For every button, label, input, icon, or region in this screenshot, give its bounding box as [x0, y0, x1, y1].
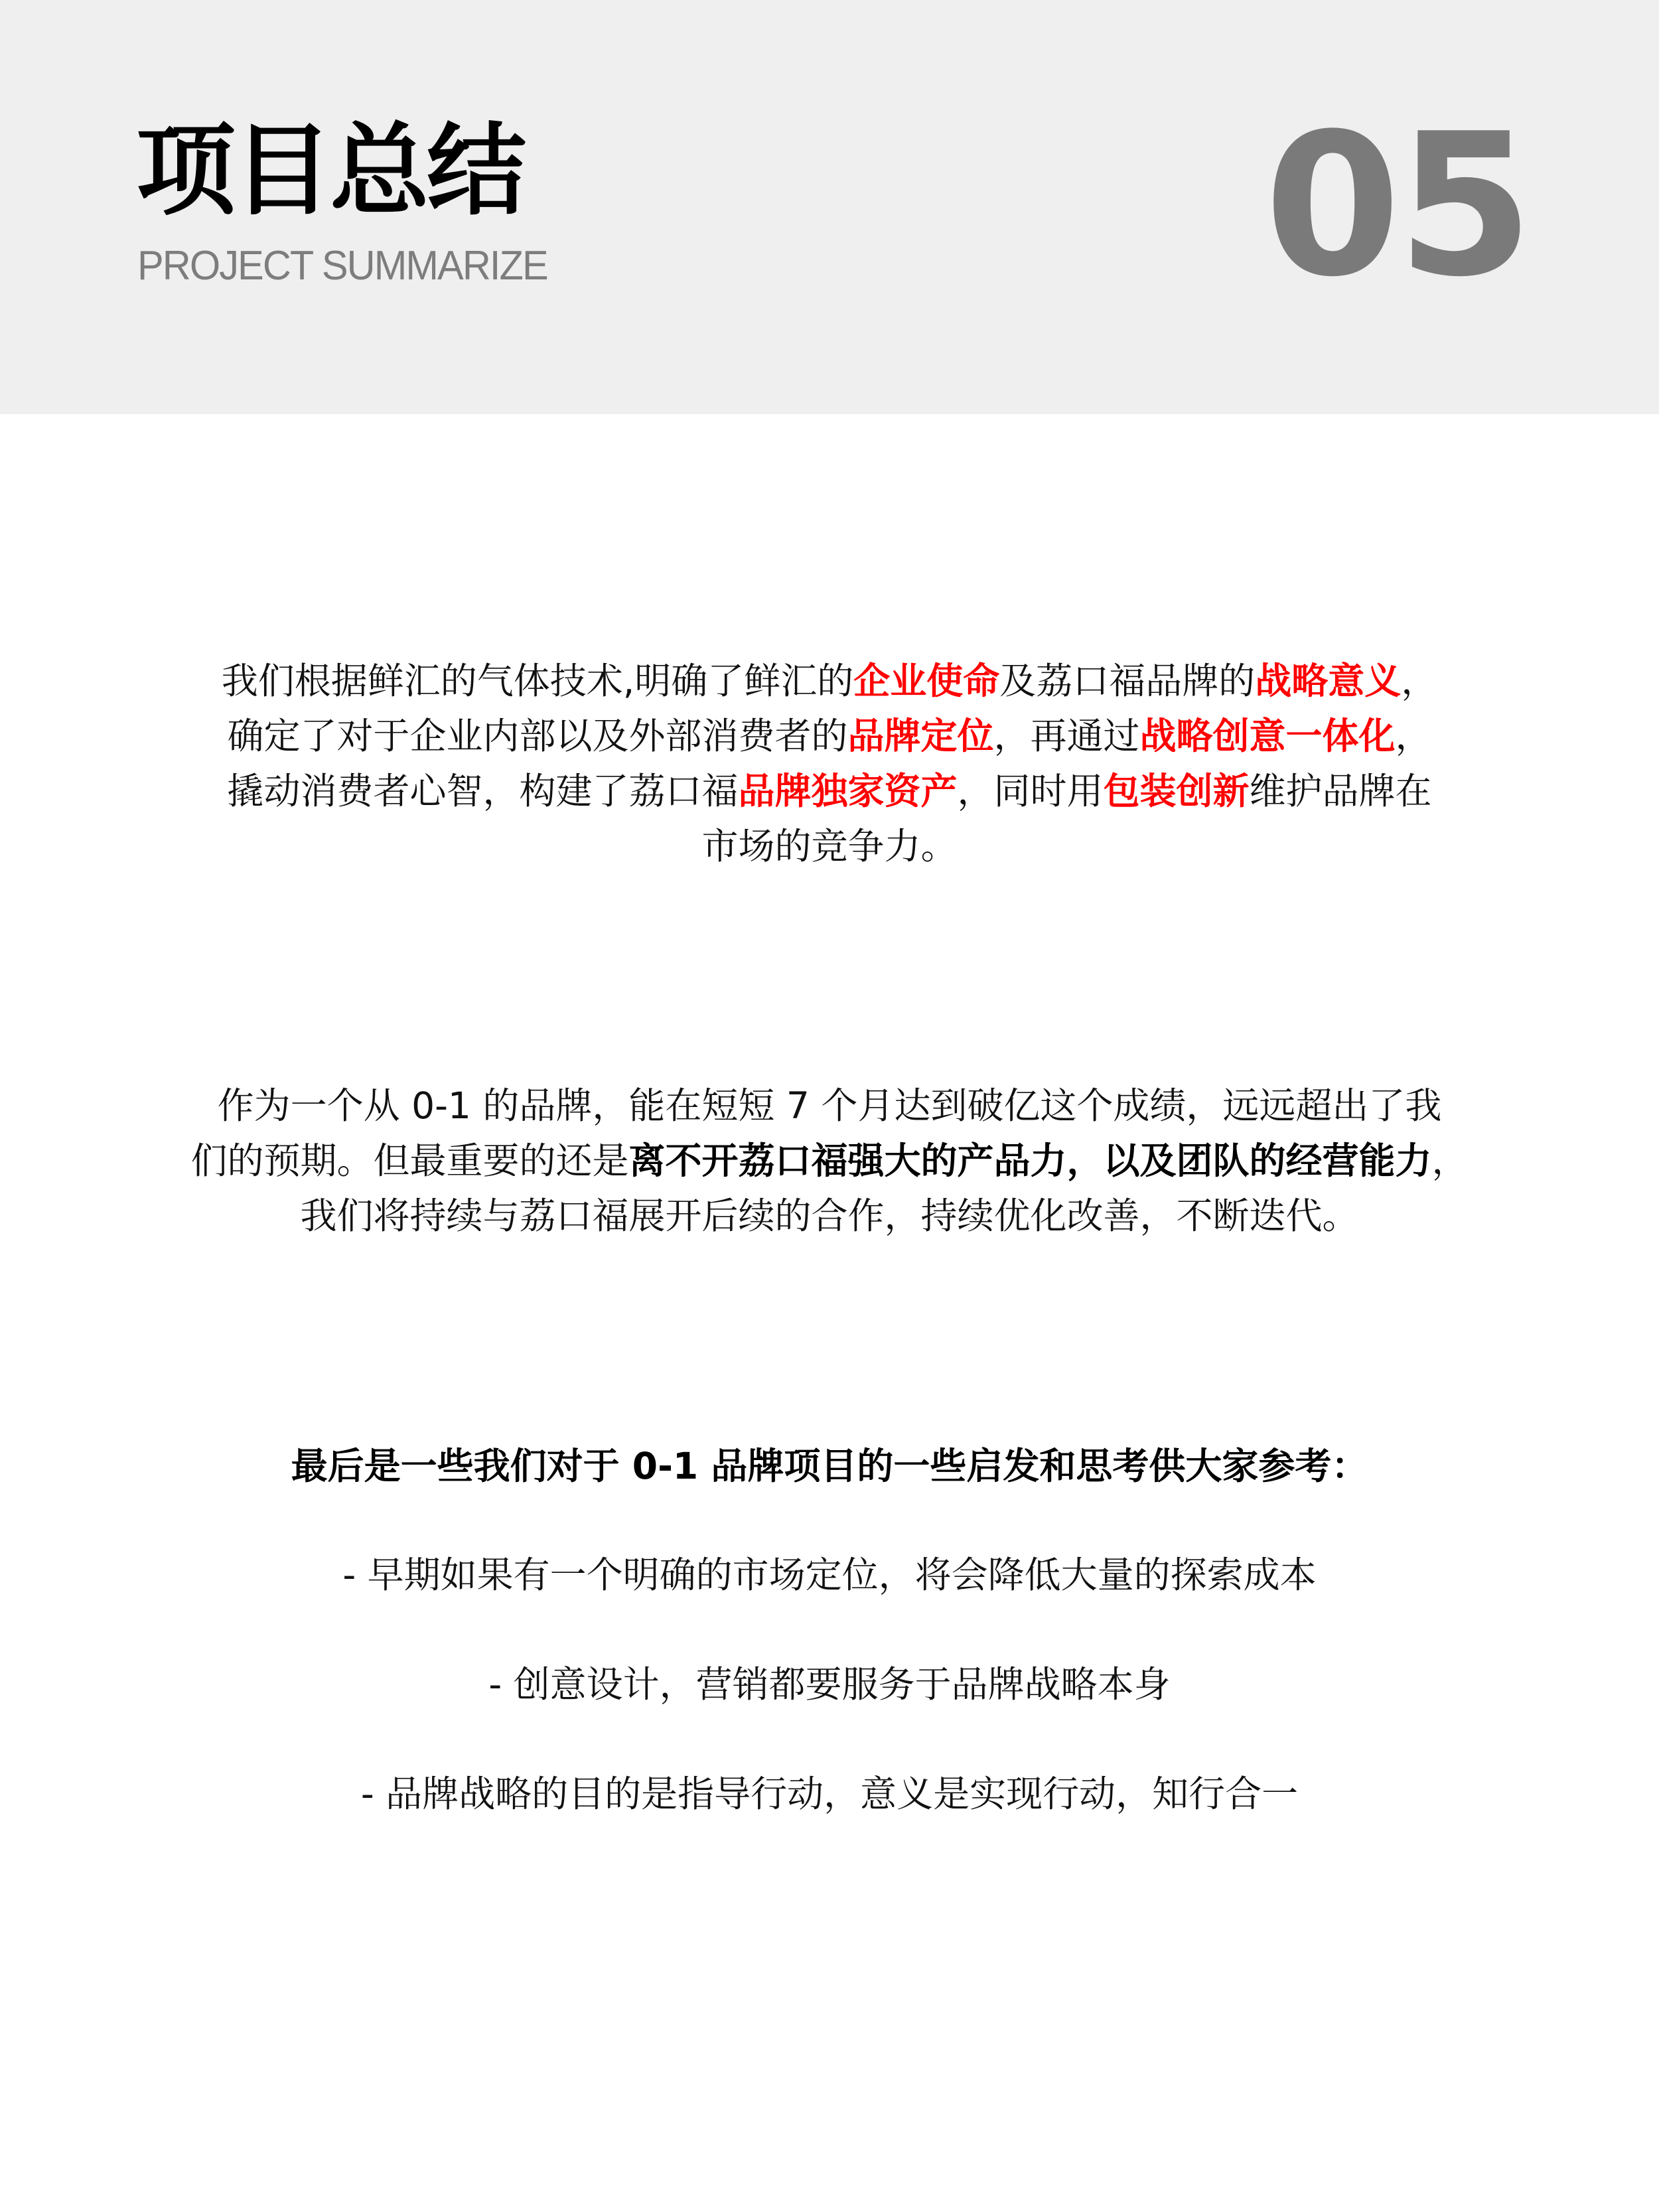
summary-paragraph-2: 作为一个从 0-1 的品牌，能在短短 7 个月达到破亿这个成绩，远远超出了我 们… — [159, 1078, 1500, 1244]
highlight-corporate-mission: 企业使命 — [853, 660, 999, 702]
text-run: ， — [1396, 715, 1432, 757]
header-banner: 项目总结 PROJECT SUMMARIZE 05 — [0, 0, 1659, 414]
text-run: 作为一个从 0-1 的品牌，能在短短 7 个月达到破亿这个成绩，远远超出了我 — [218, 1084, 1442, 1127]
paragraph-line: 作为一个从 0-1 的品牌，能在短短 7 个月达到破亿这个成绩，远远超出了我 — [159, 1078, 1500, 1134]
insight-item: - 品牌战略的目的是指导行动，意义是实现行动，知行合一 — [159, 1767, 1500, 1822]
paragraph-line: 我们将持续与荔口福展开后续的合作，持续优化改善，不断迭代。 — [159, 1189, 1500, 1244]
insight-item: - 早期如果有一个明确的市场定位，将会降低大量的探索成本 — [159, 1548, 1500, 1603]
page-subtitle: PROJECT SUMMARIZE — [137, 243, 547, 289]
insights-heading: 最后是一些我们对于 0-1 品牌项目的一些启发和思考供大家参考： — [159, 1439, 1500, 1494]
insight-item: - 创意设计，营销都要服务于品牌战略本身 — [159, 1657, 1500, 1712]
summary-paragraph-1: 我们根据鲜汇的气体技术,明确了鲜汇的企业使命及荔口福品牌的战略意义， 确定了对于… — [159, 654, 1500, 874]
paragraph-line: 我们根据鲜汇的气体技术,明确了鲜汇的企业使命及荔口福品牌的战略意义， — [159, 654, 1500, 709]
highlight-product-and-team-strength: 离不开荔口福强大的产品力，以及团队的经营能力 — [628, 1140, 1431, 1182]
paragraph-line: 市场的竞争力。 — [159, 819, 1500, 874]
highlight-packaging-innovation: 包装创新 — [1104, 770, 1250, 812]
paragraph-line: 确定了对于企业内部以及外部消费者的品牌定位，再通过战略创意一体化， — [159, 709, 1500, 764]
text-run: 市场的竞争力。 — [701, 825, 957, 867]
text-run: 确定了对于企业内部以及外部消费者的 — [227, 715, 847, 757]
section-number: 05 — [1264, 100, 1530, 312]
highlight-strategy-creative-integration: 战略创意一体化 — [1140, 715, 1396, 757]
paragraph-line: 撬动消费者心智，构建了荔口福品牌独家资产，同时用包装创新维护品牌在 — [159, 764, 1500, 819]
text-run: ，再通过 — [993, 715, 1139, 757]
text-run: ， — [1432, 1140, 1469, 1182]
paragraph-line: 们的预期。但最重要的还是离不开荔口福强大的产品力，以及团队的经营能力， — [159, 1134, 1500, 1189]
highlight-strategic-significance: 战略意义 — [1255, 660, 1401, 702]
text-run: ，同时用 — [957, 770, 1103, 812]
text-run: ， — [1401, 660, 1437, 702]
highlight-brand-positioning: 品牌定位 — [847, 715, 993, 757]
text-run: 我们根据鲜汇的气体技术,明确了鲜汇的 — [222, 660, 853, 702]
page-title: 项目总结 — [136, 111, 524, 231]
text-run: 维护品牌在 — [1250, 770, 1432, 812]
highlight-brand-exclusive-assets: 品牌独家资产 — [738, 770, 957, 812]
text-run: 我们将持续与荔口福展开后续的合作，持续优化改善，不断迭代。 — [300, 1195, 1358, 1237]
text-run: 及荔口福品牌的 — [999, 660, 1255, 702]
text-run: 撬动消费者心智，构建了荔口福 — [227, 770, 738, 812]
text-run: 们的预期。但最重要的还是 — [190, 1140, 628, 1182]
insights-list: - 早期如果有一个明确的市场定位，将会降低大量的探索成本 - 创意设计，营销都要… — [159, 1548, 1500, 1876]
